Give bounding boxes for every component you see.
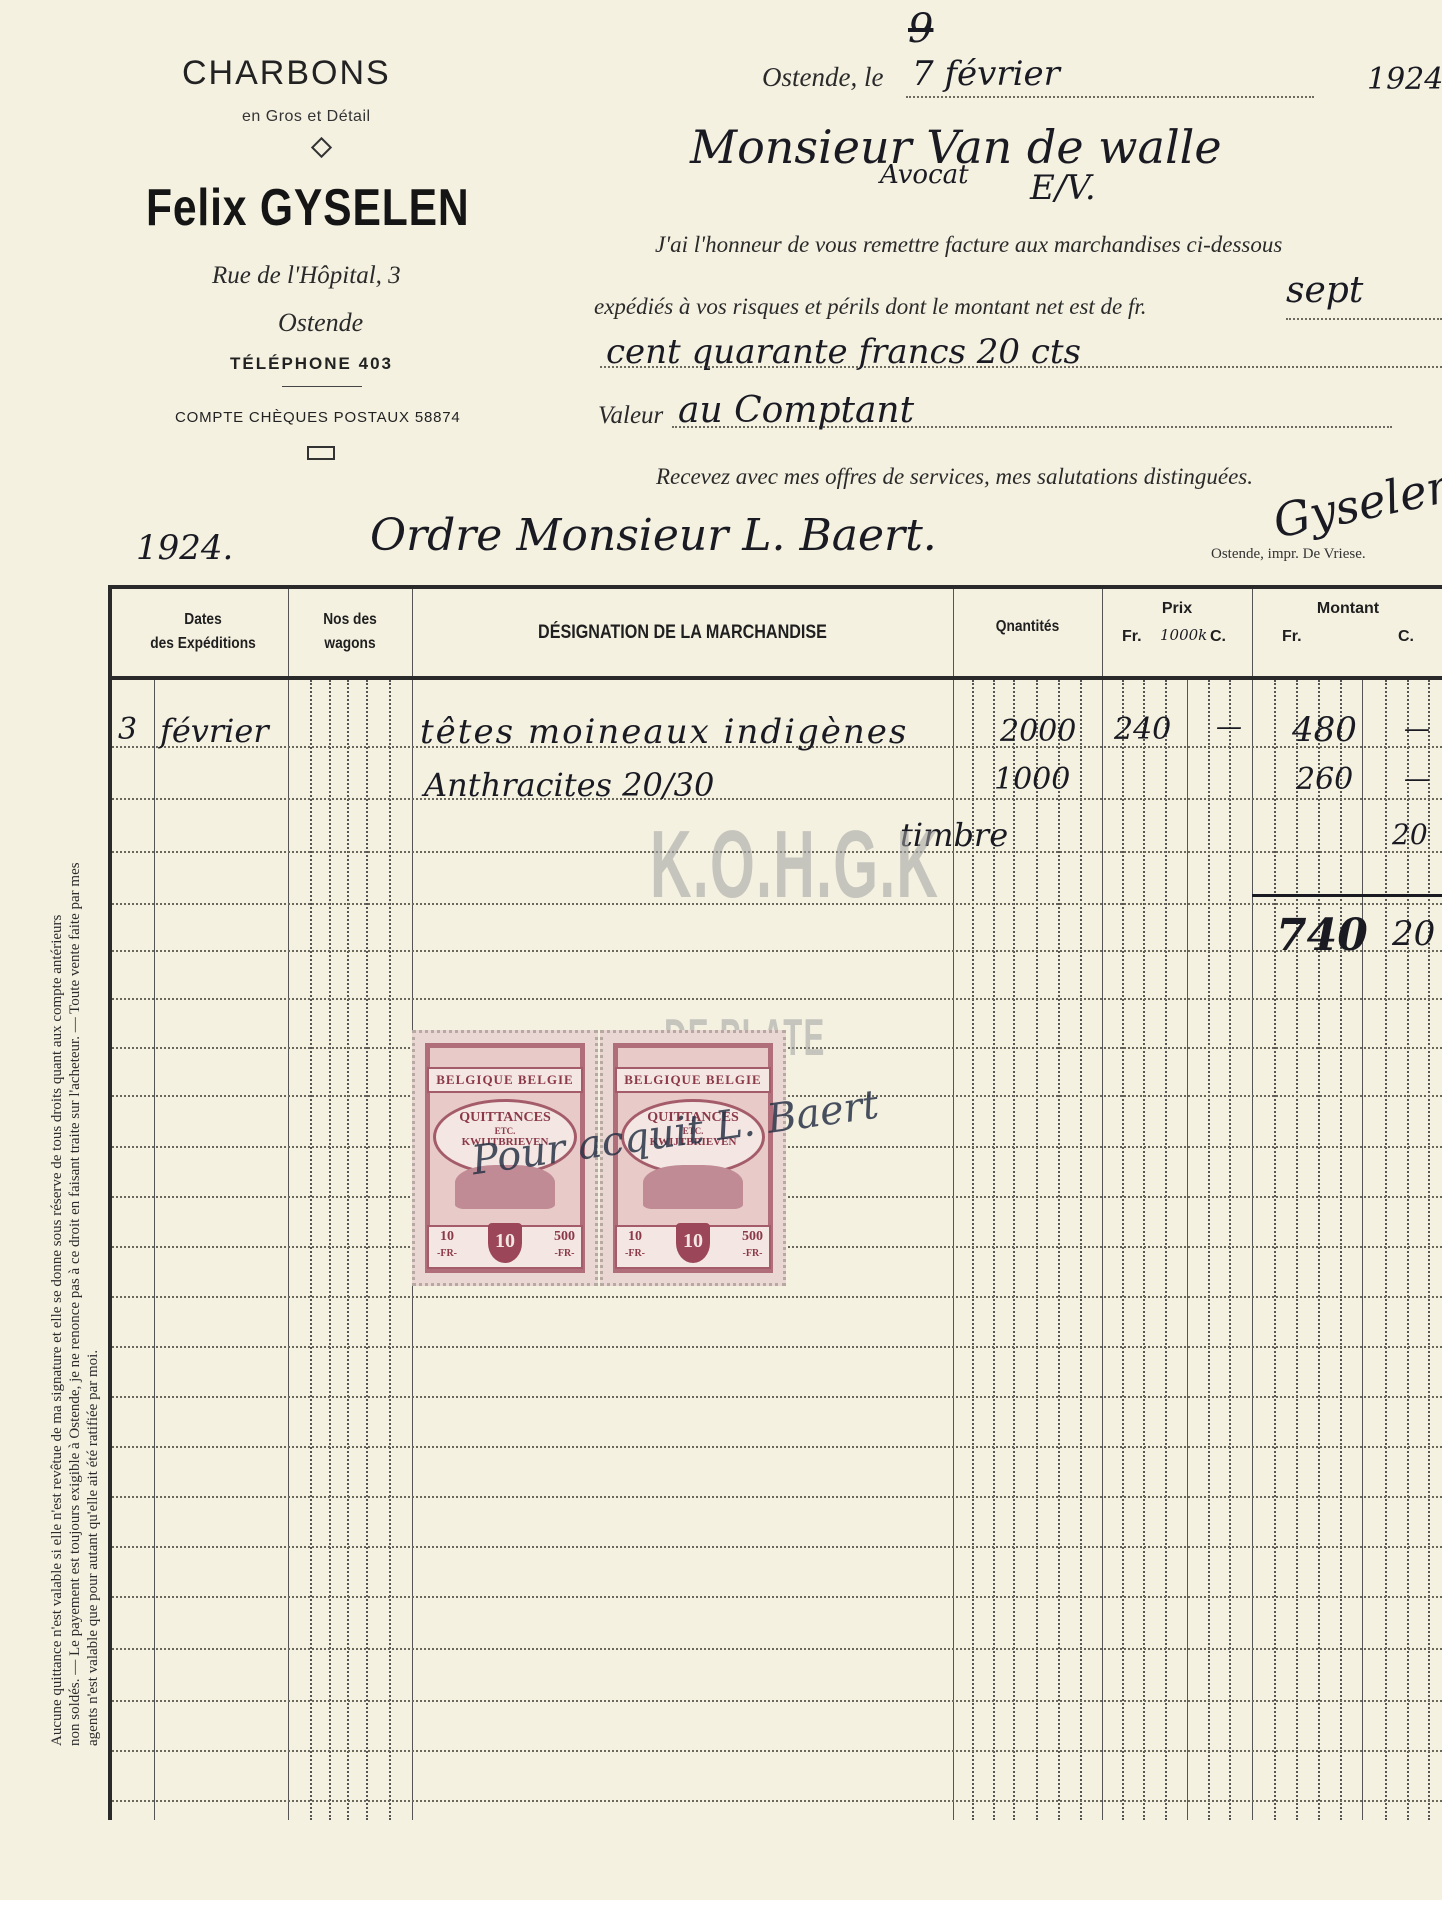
stamp-shield-icon: 10 xyxy=(488,1223,522,1263)
header-amount: Montant xyxy=(1254,600,1442,618)
table-header-border xyxy=(108,676,1442,680)
row-rule xyxy=(112,1496,1442,1498)
closing-salutation: Recevez avec mes offres de services, mes… xyxy=(656,464,1253,490)
rectangle-ornament-icon xyxy=(307,446,335,460)
amount-words-part1: sept xyxy=(1286,270,1363,311)
row-rule xyxy=(112,1800,1442,1802)
header-dates: Dates des Expéditions xyxy=(132,608,275,656)
row-rule xyxy=(112,1446,1442,1448)
total-c: 20 xyxy=(1392,914,1435,954)
row2-amount-fr: 260 xyxy=(1296,762,1353,797)
merchant-signature: Gyselen xyxy=(1268,457,1442,548)
row-rule xyxy=(112,1396,1442,1398)
watermark-kohgk: K.O.H.G.K xyxy=(650,810,939,920)
recipient-title: Avocat xyxy=(880,160,969,190)
table-top-border xyxy=(108,585,1442,589)
header-separator xyxy=(953,589,954,676)
row1-date-day: 3 xyxy=(118,712,137,747)
firm-city: Ostende xyxy=(278,308,363,338)
header-quantities: Qnantités xyxy=(965,618,1090,636)
trade-subheading: en Gros et Détail xyxy=(242,108,371,126)
header-amount-fr: Fr. xyxy=(1282,628,1302,646)
legal-notice: Aucune quittance n'est valable si elle n… xyxy=(48,626,102,1746)
date-correction: 9 xyxy=(908,6,933,52)
order-payee: Ordre Monsieur L. Baert. xyxy=(370,510,937,561)
total-rule xyxy=(1252,894,1442,897)
row1-price-fr: 240 xyxy=(1114,712,1171,747)
row2-amount-c: — xyxy=(1404,764,1430,794)
header-price-unit-note: 1000k xyxy=(1160,626,1207,644)
row-rule xyxy=(112,1296,1442,1298)
amount-paragraph: expédiés à vos risques et périls dont le… xyxy=(594,294,1147,320)
diamond-ornament-icon xyxy=(311,137,332,158)
invoice-year: 1924 xyxy=(1367,62,1442,97)
row-rule xyxy=(112,798,1442,800)
value-label: Valeur xyxy=(598,402,663,430)
row1-designation: têtes moineaux indigènes xyxy=(420,712,908,752)
firm-street: Rue de l'Hôpital, 3 xyxy=(212,262,401,290)
date-field-line xyxy=(906,96,1314,98)
header-separator xyxy=(288,589,289,676)
row2-quantity: 1000 xyxy=(994,762,1070,797)
printer-credit: Ostende, impr. De Vriese. xyxy=(1211,546,1366,563)
order-year: 1924. xyxy=(136,528,233,568)
stamp-country: BELGIQUE BELGIE xyxy=(615,1067,771,1093)
amount-words-part2: cent quarante francs 20 cts xyxy=(606,332,1081,372)
legal-notice-line: non soldés. — Le payement est toujours e… xyxy=(66,626,84,1746)
total-fr: 740 xyxy=(1276,910,1368,961)
row-rule xyxy=(112,1648,1442,1650)
firm-name: Felix GYSELEN xyxy=(146,178,469,238)
row-rule xyxy=(112,950,1442,952)
postal-account: COMPTE CHÈQUES POSTAUX 58874 xyxy=(175,409,461,426)
stamp-values: 10-FR- 10 500-FR- xyxy=(427,1225,583,1269)
header-wagons: Nos des wagons xyxy=(298,608,401,656)
row-rule xyxy=(112,1596,1442,1598)
stamp-shield-icon: 10 xyxy=(676,1223,710,1263)
row1-date-month: février xyxy=(160,712,269,750)
row1-amount-fr: 480 xyxy=(1292,710,1357,750)
firm-telephone: TÉLÉPHONE 403 xyxy=(230,354,393,374)
table-left-border xyxy=(108,585,112,1820)
lion-emblem-icon xyxy=(643,1165,743,1209)
header-price-c: C. xyxy=(1210,628,1226,646)
trade-heading: CHARBONS xyxy=(182,54,391,93)
stamp-country: BELGIQUE BELGIE xyxy=(427,1067,583,1093)
row-rule xyxy=(112,1700,1442,1702)
legal-notice-line: Aucune quittance n'est valable si elle n… xyxy=(48,626,66,1746)
header-divider xyxy=(282,386,362,387)
row-rule xyxy=(112,1546,1442,1548)
stamp-values: 10-FR- 10 500-FR- xyxy=(615,1225,771,1269)
row2-designation: Anthracites 20/30 xyxy=(424,766,714,804)
row-rule xyxy=(112,1346,1442,1348)
row1-quantity: 2000 xyxy=(1000,714,1076,749)
header-price: Prix xyxy=(1104,600,1250,618)
invoice-paper: CHARBONS en Gros et Détail Felix GYSELEN… xyxy=(0,0,1442,1900)
invoice-date: 7 février xyxy=(912,54,1060,94)
legal-notice-line: agents n'est valable que pour autant qu'… xyxy=(84,626,102,1746)
place-label: Ostende, le xyxy=(762,62,883,93)
header-separator xyxy=(1252,589,1253,676)
payment-terms: au Comptant xyxy=(678,390,914,431)
header-separator xyxy=(1102,589,1103,676)
header-amount-c: C. xyxy=(1398,628,1414,646)
row-rule xyxy=(112,1750,1442,1752)
row-rule xyxy=(112,998,1442,1000)
amount-field-line xyxy=(1286,318,1442,320)
row1-amount-c: — xyxy=(1404,714,1430,744)
header-separator xyxy=(412,589,413,676)
recipient-city: E/V. xyxy=(1030,168,1096,208)
intro-paragraph: J'ai l'honneur de vous remettre facture … xyxy=(655,232,1282,258)
header-designation: DÉSIGNATION DE LA MARCHANDISE xyxy=(454,622,910,644)
row3-amount-c: 20 xyxy=(1392,818,1428,851)
header-price-fr: Fr. xyxy=(1122,628,1142,646)
row1-price-c: — xyxy=(1216,712,1242,742)
